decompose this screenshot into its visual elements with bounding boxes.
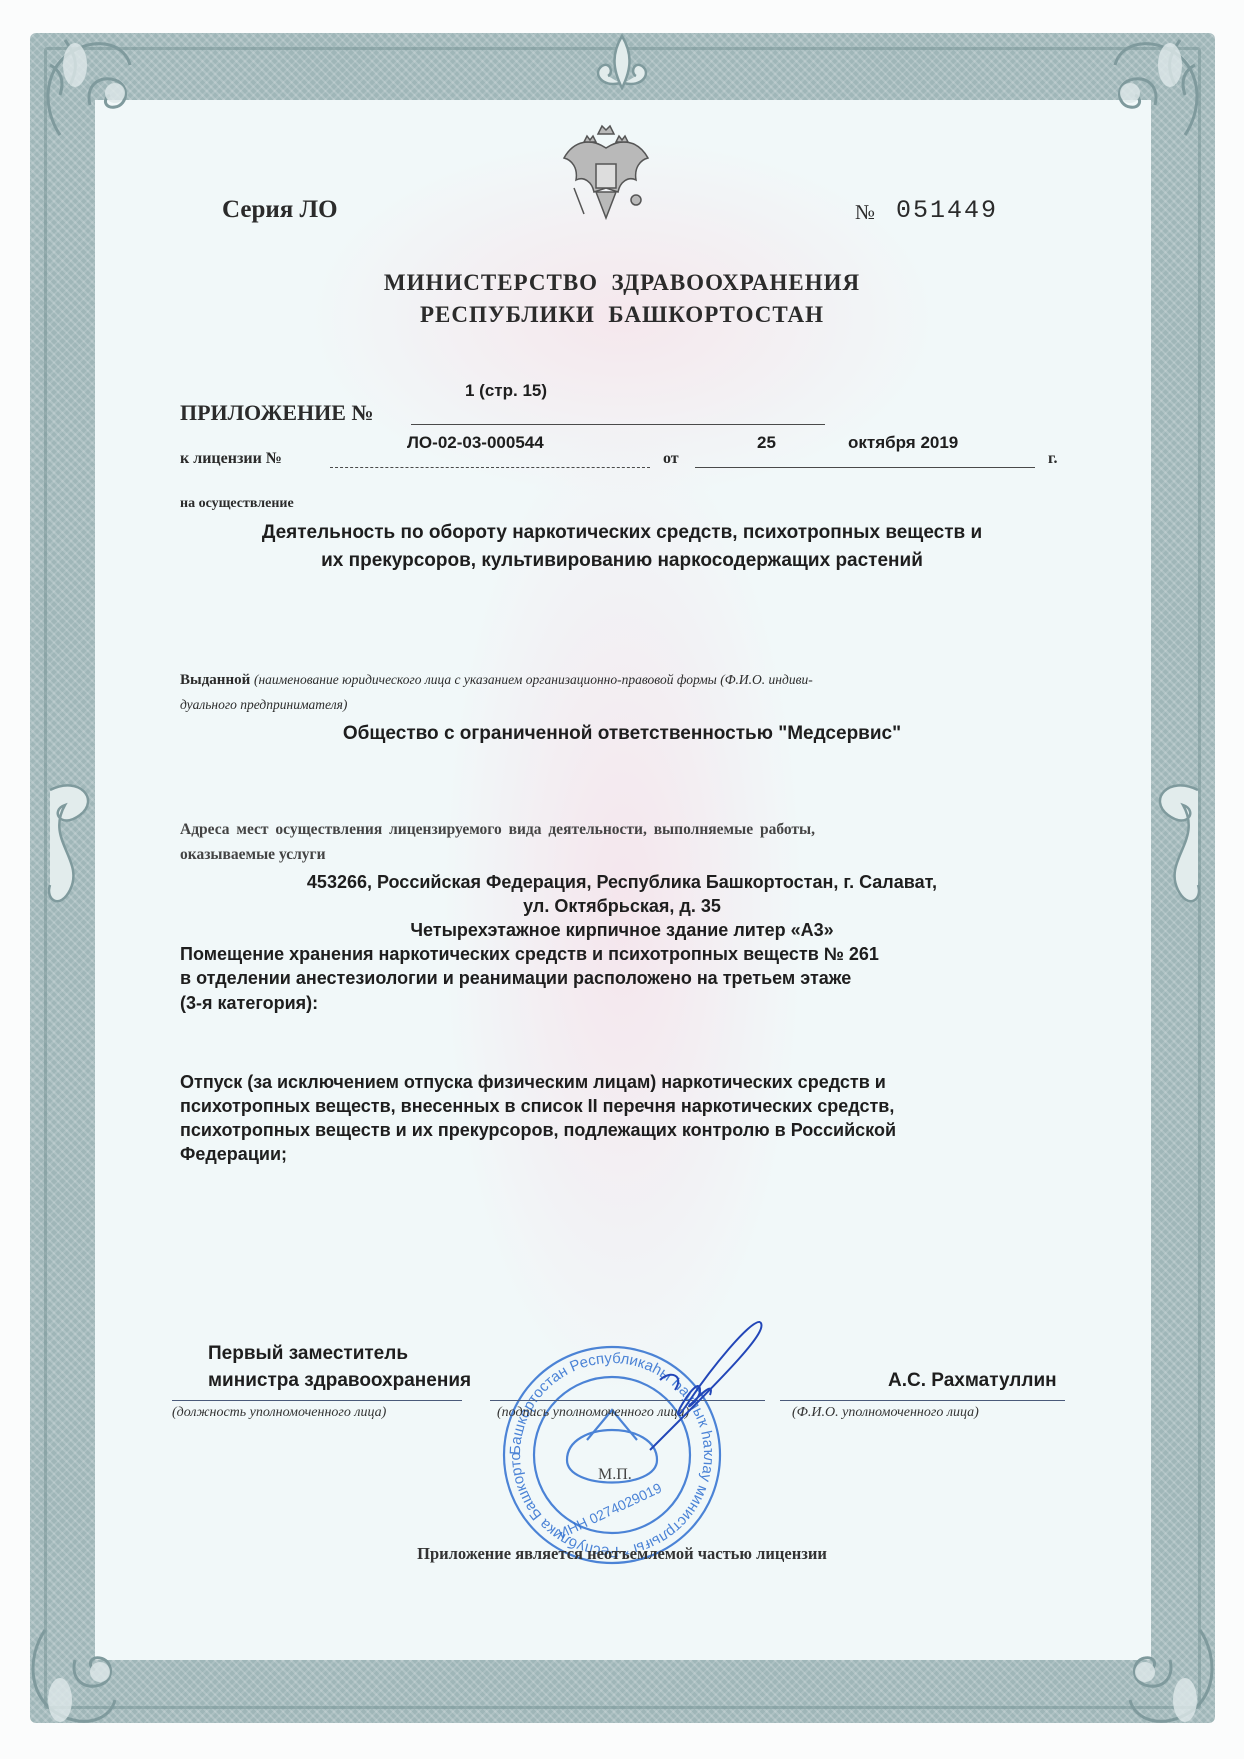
year-suffix: г. xyxy=(1048,450,1057,468)
appendix-label: ПРИЛОЖЕНИЕ № xyxy=(180,400,374,426)
from-label: от xyxy=(663,450,679,468)
address-line1: 453266, Российская Федерация, Республика… xyxy=(0,872,1244,893)
corner-ornament-bottom-right-icon xyxy=(1110,1620,1230,1740)
fleur-de-lis-ornament-icon xyxy=(582,28,662,108)
name-underline xyxy=(780,1400,1065,1401)
license-number-value: ЛО-02-03-000544 xyxy=(407,433,544,453)
address-line2: ул. Октябрьская, д. 35 xyxy=(0,896,1244,917)
number-sign: № xyxy=(855,200,875,225)
works-line4: Федерации; xyxy=(180,1144,287,1165)
issued-block: Выданной (наименование юридического лица… xyxy=(180,672,813,689)
date-month-year: октября 2019 xyxy=(848,433,958,453)
license-number-label: к лицензии № xyxy=(180,450,282,468)
room-line3: (3-я категория): xyxy=(180,993,318,1014)
signer-position-line2: министра здравоохранения xyxy=(208,1370,471,1392)
license-blank-number: 051449 xyxy=(896,196,998,225)
issued-hint-line1: (наименование юридического лица с указан… xyxy=(254,672,813,687)
activity-label: на осуществление xyxy=(180,496,294,512)
date-day: 25 xyxy=(757,433,776,453)
issued-hint-line2: дуального предпринимателя) xyxy=(180,697,347,713)
corner-ornament-top-left-icon xyxy=(30,25,150,145)
corner-ornament-bottom-left-icon xyxy=(15,1620,135,1740)
position-underline xyxy=(172,1400,462,1401)
series-label: Серия ЛО xyxy=(222,196,338,224)
works-line2: психотропных веществ, внесенных в список… xyxy=(180,1096,894,1117)
stamp-place-label: М.П. xyxy=(598,1466,632,1484)
works-line1: Отпуск (за исключением отпуска физически… xyxy=(180,1072,886,1093)
license-number-underline xyxy=(330,467,650,468)
organization-name: Общество с ограниченной ответственностью… xyxy=(0,723,1244,745)
footer-note: Приложение является неотъемлемой частью … xyxy=(0,1544,1244,1564)
signer-name: А.С. Рахматуллин xyxy=(888,1370,1057,1392)
appendix-underline xyxy=(411,424,825,425)
date-underline xyxy=(695,467,1035,468)
addresses-label-line2: оказываемые услуги xyxy=(180,846,326,864)
activity-line2: их прекурсоров, культивированию наркосод… xyxy=(0,550,1244,572)
coat-of-arms-emblem-icon xyxy=(556,118,656,228)
addresses-label-line1: Адреса мест осуществления лицензируемого… xyxy=(180,821,815,839)
corner-ornament-top-right-icon xyxy=(1095,25,1215,145)
works-line3: психотропных веществ и их прекурсоров, п… xyxy=(180,1120,896,1141)
caption-name: (Ф.И.О. уполномоченного лица) xyxy=(792,1405,979,1421)
signer-position-line1: Первый заместитель xyxy=(208,1343,408,1365)
room-line2: в отделении анестезиологии и реанимации … xyxy=(180,968,851,989)
appendix-number-value: 1 (стр. 15) xyxy=(465,381,547,401)
caption-position: (должность уполномоченного лица) xyxy=(172,1405,386,1421)
room-line1: Помещение хранения наркотических средств… xyxy=(180,944,879,965)
activity-line1: Деятельность по обороту наркотических ср… xyxy=(0,522,1244,544)
building-description: Четырехэтажное кирпичное здание литер «А… xyxy=(0,920,1244,941)
handwritten-signature-icon xyxy=(630,1310,780,1460)
issued-label: Выданной xyxy=(180,672,250,688)
ministry-title-line2: РЕСПУБЛИКИ БАШКОРТОСТАН xyxy=(0,302,1244,328)
ministry-title-line1: МИНИСТЕРСТВО ЗДРАВООХРАНЕНИЯ xyxy=(0,270,1244,296)
